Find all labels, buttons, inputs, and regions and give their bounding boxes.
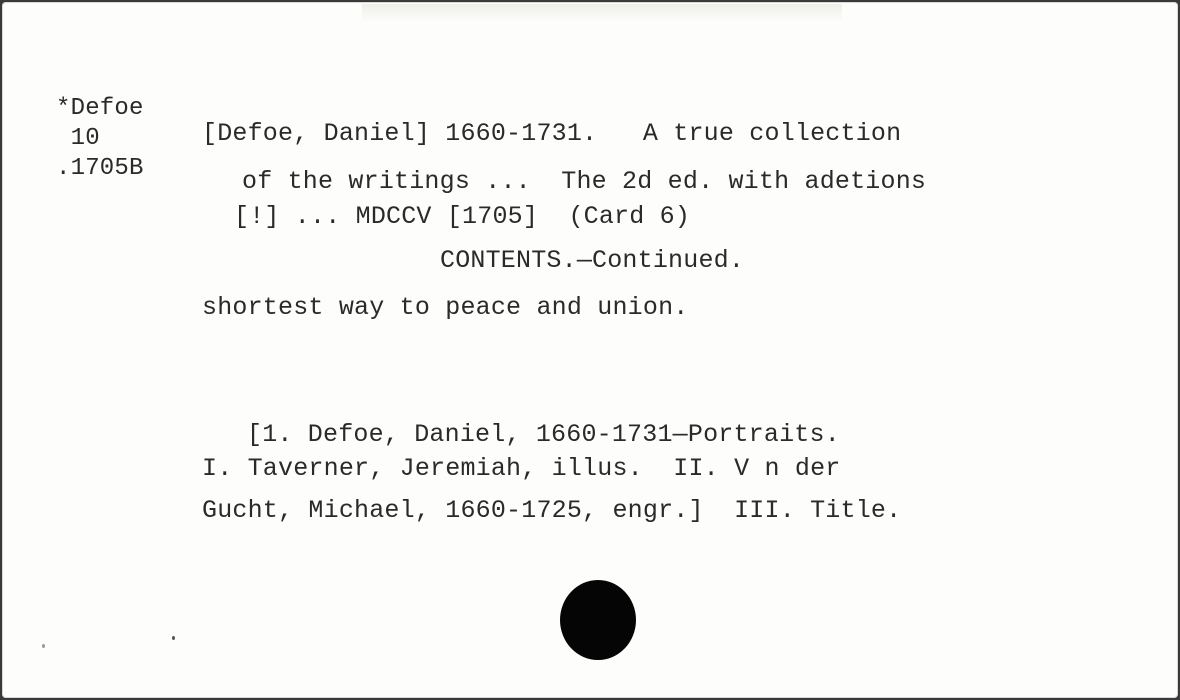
contents-text: shortest way to peace and union. [202, 293, 688, 323]
call-number-line: 10 [56, 125, 100, 152]
tracing-line: Gucht, Michael, 1660-1725, engr.] III. T… [202, 496, 901, 526]
ink-speck [172, 636, 175, 640]
catalog-card: *Defoe 10 .1705B [Defoe, Daniel] 1660-17… [2, 2, 1178, 698]
main-entry-line: of the writings ... The 2d ed. with adet… [242, 167, 926, 197]
card-shading [362, 4, 842, 22]
contents-heading: CONTENTS.—Continued. [440, 246, 744, 276]
ink-speck [42, 644, 45, 648]
tracing-line: I. Taverner, Jeremiah, illus. II. V n de… [202, 454, 841, 484]
main-entry-line: [Defoe, Daniel] 1660-1731. A true collec… [202, 119, 901, 149]
main-entry-line: [!] ... MDCCV [1705] (Card 6) [234, 202, 690, 232]
tracing-line: [1. Defoe, Daniel, 1660-1731—Portraits. [247, 420, 840, 450]
call-number: *Defoe 10 .1705B [56, 94, 144, 184]
punch-hole-icon [560, 580, 636, 660]
call-number-line: .1705B [56, 155, 144, 182]
call-number-line: *Defoe [56, 95, 144, 122]
